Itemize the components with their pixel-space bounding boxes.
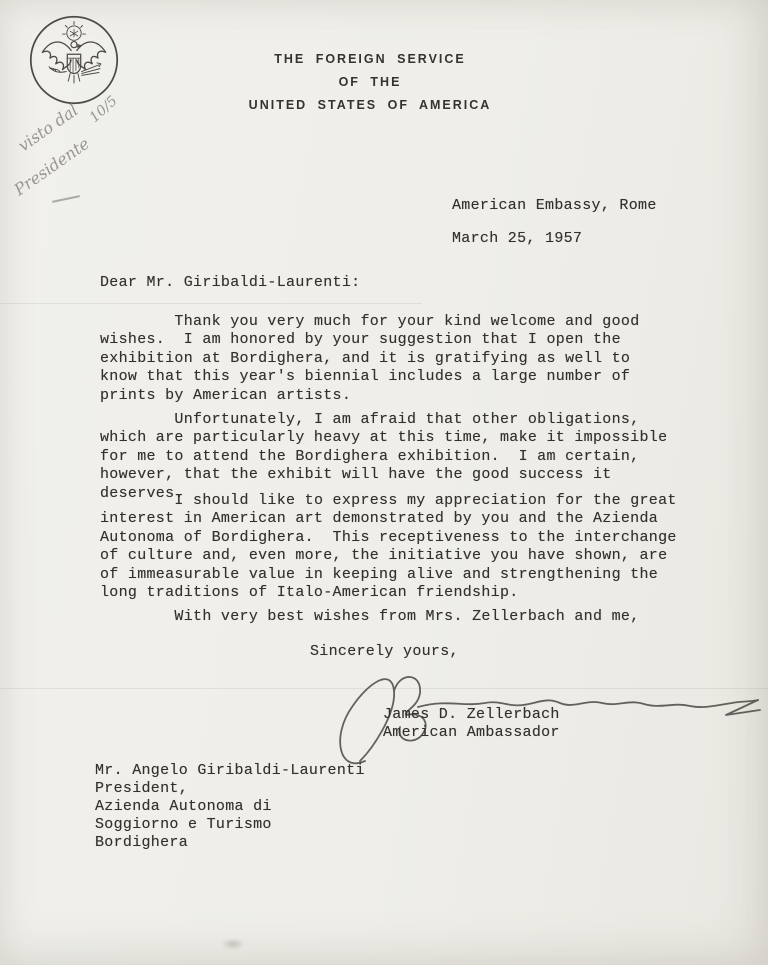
recipient-line: President,	[95, 780, 188, 798]
paragraph-1: Thank you very much for your kind welcom…	[100, 313, 690, 405]
salutation: Dear Mr. Giribaldi-Laurenti:	[100, 274, 360, 292]
recipient-line: Bordighera	[95, 834, 188, 852]
recipient-line: Mr. Angelo Giribaldi-Laurenti	[95, 762, 365, 780]
signer-title: American Ambassador	[383, 724, 560, 742]
letterhead: THE FOREIGN SERVICE OF THE UNITED STATES…	[170, 48, 570, 117]
scanned-letter-page: THE FOREIGN SERVICE OF THE UNITED STATES…	[0, 0, 768, 965]
paragraph-4: With very best wishes from Mrs. Zellerba…	[100, 608, 690, 626]
recipient-line: Soggiorno e Turismo	[95, 816, 272, 834]
pencil-dash	[52, 195, 80, 203]
paragraph-2: Unfortunately, I am afraid that other ob…	[100, 411, 690, 503]
signer-name: James D. Zellerbach	[383, 706, 560, 724]
dateline-date: March 25, 1957	[452, 230, 582, 248]
dateline-place: American Embassy, Rome	[452, 197, 657, 215]
recipient-line: Azienda Autonoma di	[95, 798, 272, 816]
letterhead-line3: UNITED STATES OF AMERICA	[170, 94, 570, 117]
closing: Sincerely yours,	[310, 643, 459, 661]
letterhead-line1: THE FOREIGN SERVICE	[170, 48, 570, 71]
letterhead-line2: OF THE	[170, 71, 570, 94]
paragraph-3: I should like to express my appreciation…	[100, 492, 690, 602]
scan-crease	[0, 303, 422, 304]
scan-smudge	[216, 936, 250, 952]
